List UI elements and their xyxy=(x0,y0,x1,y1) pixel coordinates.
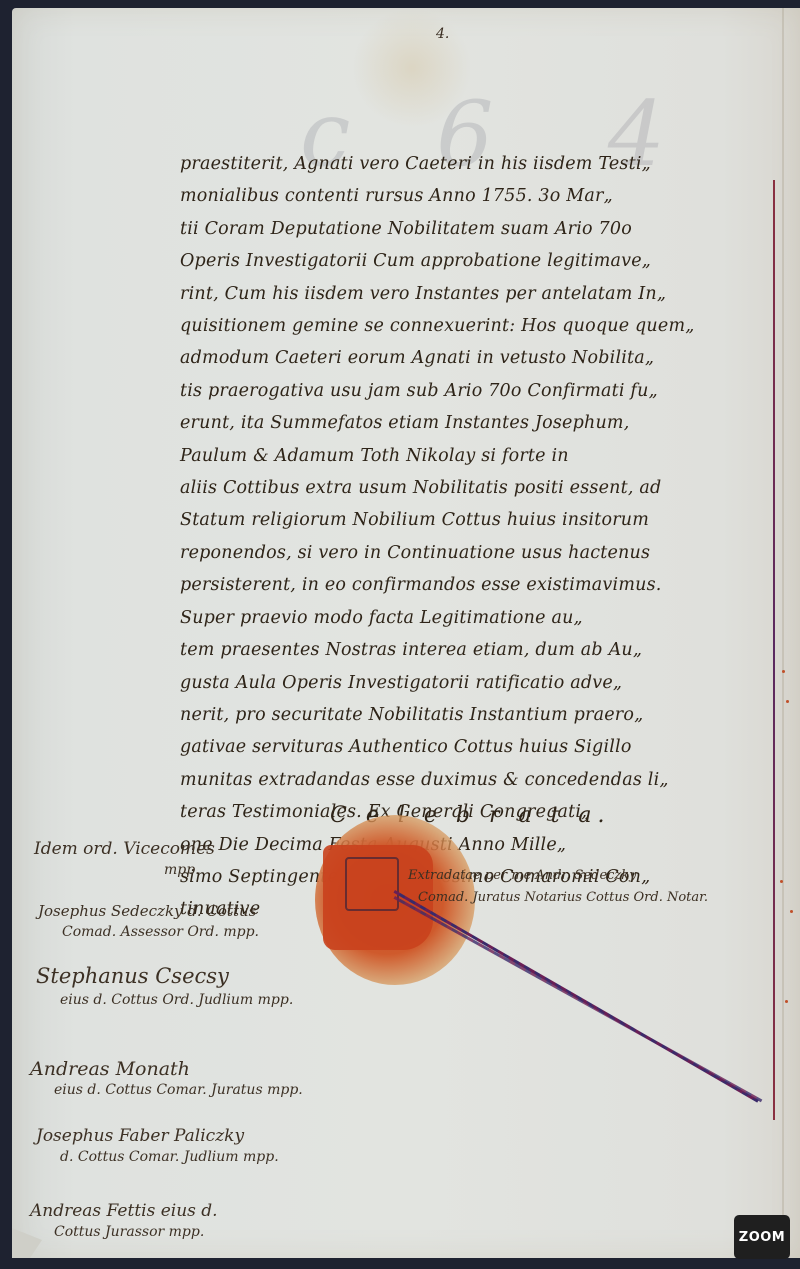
signature: Idem ord. Vicecomes mpp. xyxy=(34,838,215,880)
signature-name: Andreas Monath xyxy=(30,1058,303,1080)
text-line: Super praevio modo facta Legitimatione a… xyxy=(180,602,780,634)
ink-splatter xyxy=(782,670,785,673)
ink-splatter xyxy=(786,700,789,703)
seal-paper-flap xyxy=(345,857,399,911)
text-line: praestiterit, Agnati vero Caeteri in his… xyxy=(180,148,780,180)
text-line: rint, Cum his iisdem vero Instantes per … xyxy=(180,278,780,310)
signature-name: Stephanus Csecsy xyxy=(36,962,293,990)
text-line: quisitionem gemine se connexuerint: Hos … xyxy=(180,310,780,342)
signature: Andreas Monath eius d. Cottus Comar. Jur… xyxy=(30,1058,303,1100)
zoom-watermark: ZOOM xyxy=(734,1215,790,1259)
signature-title: d. Cottus Comar. Judlium mpp. xyxy=(36,1147,279,1167)
text-line: tii Coram Deputatione Nobilitatem suam A… xyxy=(180,213,780,245)
text-line: persisterent, in eo confirmandos esse ex… xyxy=(180,569,780,601)
signature: Stephanus Csecsy eius d. Cottus Ord. Jud… xyxy=(36,962,293,1010)
ink-splatter xyxy=(785,1000,788,1003)
text-line: erunt, ita Summefatos etiam Instantes Jo… xyxy=(180,407,780,439)
signature-title: Comad. Assessor Ord. mpp. xyxy=(38,922,259,942)
signature-title: Cottus Jurassor mpp. xyxy=(30,1222,218,1242)
signature-name: Josephus Faber Paliczky xyxy=(36,1125,279,1147)
signature-name: Josephus Sedeczky d. Cottus xyxy=(38,900,259,922)
page-number: 4. xyxy=(436,26,449,42)
margin-cord xyxy=(773,180,775,1120)
text-line: gusta Aula Operis Investigatorii ratific… xyxy=(180,667,780,699)
signature: Josephus Sedeczky d. Cottus Comad. Asses… xyxy=(38,900,259,942)
text-line: gativae servituras Authentico Cottus hui… xyxy=(180,731,780,763)
ink-splatter xyxy=(790,910,793,913)
text-line: munitas extradandas esse duximus & conce… xyxy=(180,764,780,796)
text-line: aliis Cottibus extra usum Nobilitatis po… xyxy=(180,472,780,504)
text-line: Statum religiorum Nobilium Cottus huius … xyxy=(180,504,780,536)
text-line: Paulum & Adamum Toth Nikolay si forte in xyxy=(180,440,780,472)
text-line: nerit, pro securitate Nobilitatis Instan… xyxy=(180,699,780,731)
text-line: tem praesentes Nostras interea etiam, du… xyxy=(180,634,780,666)
attestation-note: Extradatae per me Andr. Sedeczky Comad. … xyxy=(408,865,708,909)
signature-title: eius d. Cottus Comar. Juratus mpp. xyxy=(30,1080,303,1100)
signature: Andreas Fettis eius d. Cottus Jurassor m… xyxy=(30,1200,218,1242)
watermark-label: ZOOM xyxy=(739,1230,785,1245)
text-line: Operis Investigatorii Cum approbatione l… xyxy=(180,245,780,277)
text-line: one Die Decima Festa Augusti Anno Mille„ xyxy=(180,829,780,861)
attestation-line: Comad. Juratus Notarius Cottus Ord. Nota… xyxy=(408,887,708,909)
signature-title: eius d. Cottus Ord. Judlium mpp. xyxy=(36,990,293,1010)
text-line: reponendos, si vero in Continuatione usu… xyxy=(180,537,780,569)
page-fold xyxy=(782,8,784,1258)
signature-title: mpp. xyxy=(34,860,215,880)
signature-name: Idem ord. Vicecomes xyxy=(34,838,215,860)
text-line: tis praerogativa usu jam sub Ario 70o Co… xyxy=(180,375,780,407)
text-line: admodum Caeteri eorum Agnati in vetusto … xyxy=(180,342,780,374)
text-line: monialibus contenti rursus Anno 1755. 3o… xyxy=(180,180,780,212)
ink-splatter xyxy=(780,880,783,883)
signature-name: Andreas Fettis eius d. xyxy=(30,1200,218,1222)
signature: Josephus Faber Paliczky d. Cottus Comar.… xyxy=(36,1125,279,1167)
attestation-line: Extradatae per me Andr. Sedeczky xyxy=(408,865,708,887)
